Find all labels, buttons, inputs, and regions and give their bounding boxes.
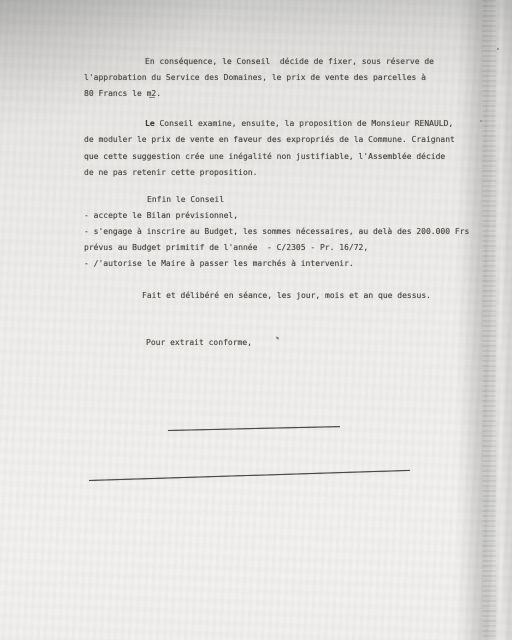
- ink-speck: [497, 48, 499, 50]
- closing-line: Fait et délibéré en séance, les jour, mo…: [142, 291, 431, 300]
- text-line-rest: Conseil examine, ensuite, la proposition…: [155, 119, 454, 128]
- scanned-document-page: En conséquence, le Conseil décide de fix…: [0, 0, 512, 640]
- text-line: de moduler le prix de vente en faveur de…: [84, 135, 455, 144]
- text-line: l'approbation du Service des Domaines, l…: [84, 73, 426, 82]
- underline-mark-m2: [149, 97, 155, 98]
- text-line: En conséquence, le Conseil décide de fix…: [145, 57, 434, 66]
- signoff-line: Pour extrait conforme,: [146, 338, 252, 347]
- text-line: prévus au Budget primitif de l'année - C…: [84, 243, 368, 252]
- document-text: En conséquence, le Conseil décide de fix…: [0, 0, 512, 640]
- emphasized-word: Le: [145, 119, 155, 128]
- text-line: de ne pas retenir cette proposition.: [84, 168, 257, 177]
- list-item-line: - accepte le Bilan prévisionnel,: [84, 211, 238, 220]
- text-line: que cette suggestion crée une inégalité …: [84, 152, 445, 161]
- ink-speck: [480, 120, 482, 122]
- text-line: Le Conseil examine, ensuite, la proposit…: [145, 119, 453, 128]
- list-item-line: - ∕'autorise le Maire à passer les march…: [84, 259, 354, 268]
- text-line: Enfin le Conseil: [147, 195, 224, 204]
- list-item-line: - s'engage à inscrire au Budget, les som…: [84, 227, 469, 236]
